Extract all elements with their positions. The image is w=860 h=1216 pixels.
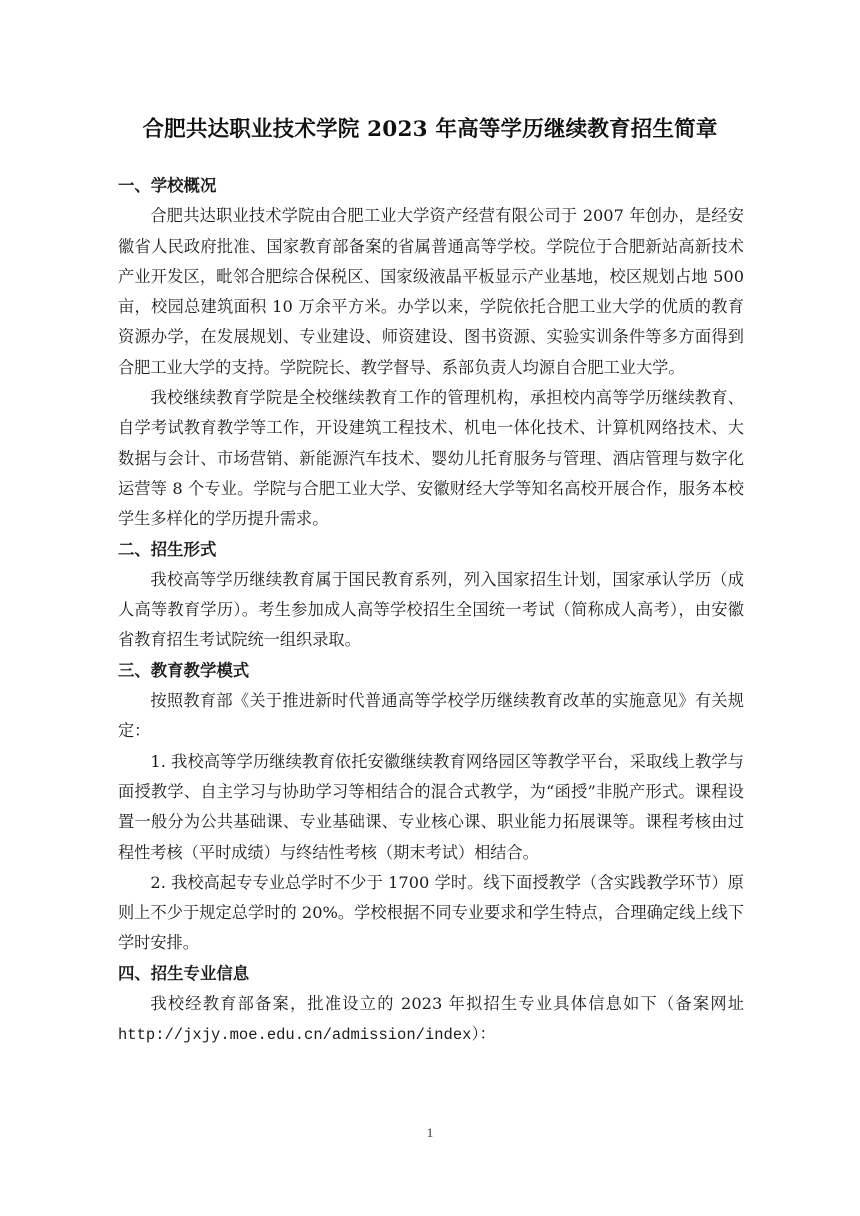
section-heading-teaching-mode: 三、教育教学模式 xyxy=(118,656,744,686)
section-heading-school-overview: 一、学校概况 xyxy=(118,171,744,201)
paragraph-teaching-item-1: 1. 我校高等学历继续教育依托安徽继续教育网络园区等教学平台，采取线上教学与面授… xyxy=(118,747,744,868)
paragraph-school-intro: 合肥共达职业技术学院由合肥工业大学资产经营有限公司于 2007 年创办，是经安徽… xyxy=(118,201,744,383)
paragraph-teaching-policy: 按照教育部《关于推进新时代普通高等学校学历继续教育改革的实施意见》有关规定： xyxy=(118,686,744,747)
document-title: 合肥共达职业技术学院 2023 年高等学历继续教育招生简章 xyxy=(0,112,860,143)
document-body: 一、学校概况 合肥共达职业技术学院由合肥工业大学资产经营有限公司于 2007 年… xyxy=(118,171,744,1051)
paragraph-major-info: 我校经教育部备案，批准设立的 2023 年拟招生专业具体信息如下（备案网址 ht… xyxy=(118,989,744,1051)
filing-url-link[interactable]: http://jxjy.moe.edu.cn/admission/index xyxy=(118,1026,471,1044)
document-page: 合肥共达职业技术学院 2023 年高等学历继续教育招生简章 一、学校概况 合肥共… xyxy=(0,0,860,1216)
paragraph-continuing-education: 我校继续教育学院是全校继续教育工作的管理机构，承担校内高等学历继续教育、自学考试… xyxy=(118,383,744,534)
paragraph-enrollment-form: 我校高等学历继续教育属于国民教育系列，列入国家招生计划，国家承认学历（成人高等教… xyxy=(118,565,744,656)
section-heading-enrollment-form: 二、招生形式 xyxy=(118,535,744,565)
major-info-suffix: ）： xyxy=(471,1024,495,1043)
major-info-text: 我校经教育部备案，批准设立的 2023 年拟招生专业具体信息如下（备案网址 xyxy=(150,994,744,1013)
paragraph-teaching-item-2: 2. 我校高起专专业总学时不少于 1700 学时。线下面授教学（含实践教学环节）… xyxy=(118,868,744,959)
page-number: 1 xyxy=(0,1125,860,1141)
section-heading-major-info: 四、招生专业信息 xyxy=(118,959,744,989)
